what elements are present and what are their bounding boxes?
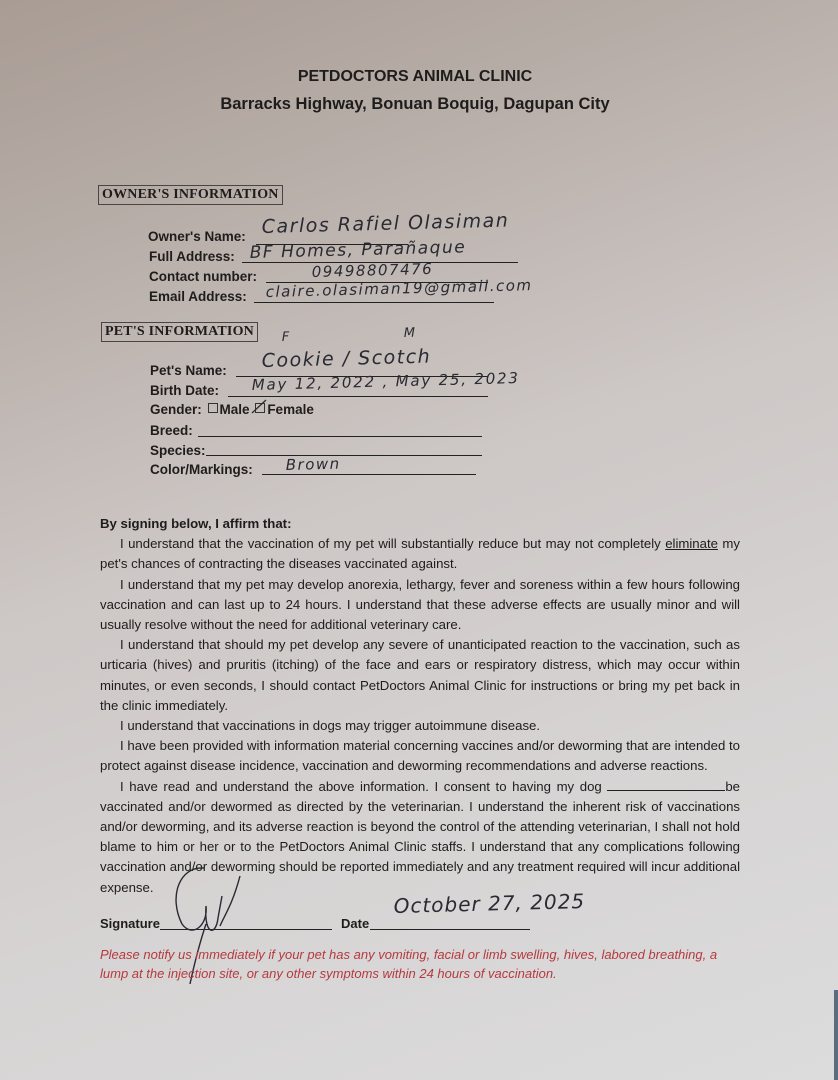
affirmation-p1: I understand that the vaccination of my …: [100, 534, 740, 574]
male-checkbox[interactable]: [208, 403, 218, 413]
clinic-name: PETDOCTORS ANIMAL CLINIC: [0, 68, 834, 86]
owner-section-heading: OWNER'S INFORMATION: [98, 185, 283, 205]
female-option-label: Female: [267, 402, 314, 417]
address-value[interactable]: BF Homes, Parañaque: [249, 237, 466, 263]
date-label: Date: [341, 916, 369, 931]
female-checkbox[interactable]: [255, 403, 265, 413]
dog-name-blank[interactable]: [607, 778, 725, 791]
gender-row: Gender: Male Female: [150, 402, 314, 417]
birth-date-line: [228, 396, 488, 397]
email-line: [254, 302, 494, 303]
email-label: Email Address:: [149, 289, 247, 304]
species-label: Species:: [150, 443, 206, 458]
pet-gender-annotation-m: M: [404, 326, 417, 341]
consent-form-page: PETDOCTORS ANIMAL CLINIC Barracks Highwa…: [0, 0, 838, 1080]
affirmation-p2: I understand that my pet may develop ano…: [100, 575, 740, 636]
affirmation-p4: I understand that vaccinations in dogs m…: [100, 716, 740, 736]
pet-name-value[interactable]: Cookie / Scotch: [261, 346, 431, 372]
owner-name-label: Owner's Name:: [148, 229, 246, 244]
pet-name-label: Pet's Name:: [150, 363, 227, 378]
affirmation-text: By signing below, I affirm that: I under…: [100, 514, 740, 898]
male-option-label: Male: [220, 402, 250, 417]
gender-label: Gender:: [150, 402, 202, 417]
affirmation-lead: By signing below, I affirm that:: [100, 514, 740, 534]
post-vaccination-notice: Please notify us immediately if your pet…: [100, 945, 720, 983]
date-value[interactable]: October 27, 2025: [393, 889, 585, 918]
owner-name-value[interactable]: Carlos Rafiel Olasiman: [261, 210, 509, 238]
date-line: [370, 929, 530, 930]
eliminate-underlined: eliminate: [665, 536, 718, 551]
clinic-address: Barracks Highway, Bonuan Boquig, Dagupan…: [0, 95, 834, 114]
background-edge: [834, 990, 838, 1080]
signature-label: Signature: [100, 916, 160, 931]
color-label: Color/Markings:: [150, 462, 253, 477]
breed-label: Breed:: [150, 423, 193, 438]
color-line: [262, 474, 476, 475]
species-line[interactable]: [206, 455, 482, 456]
affirmation-p5: I have been provided with information ma…: [100, 736, 740, 776]
pet-section-heading: PET'S INFORMATION: [101, 322, 258, 342]
birth-date-value[interactable]: May 12, 2022 , May 25, 2023: [252, 369, 520, 394]
contact-label: Contact number:: [149, 269, 257, 284]
pet-gender-annotation-f: F: [282, 330, 291, 345]
breed-line[interactable]: [198, 436, 482, 437]
birth-date-label: Birth Date:: [150, 383, 219, 398]
color-value[interactable]: Brown: [286, 455, 341, 474]
checkmark-icon: [252, 400, 266, 414]
email-value[interactable]: claire.olasiman19@gmail.com: [266, 276, 533, 301]
address-label: Full Address:: [149, 249, 235, 264]
affirmation-p3: I understand that should my pet develop …: [100, 635, 740, 716]
contact-value[interactable]: 09498807476: [312, 260, 434, 281]
